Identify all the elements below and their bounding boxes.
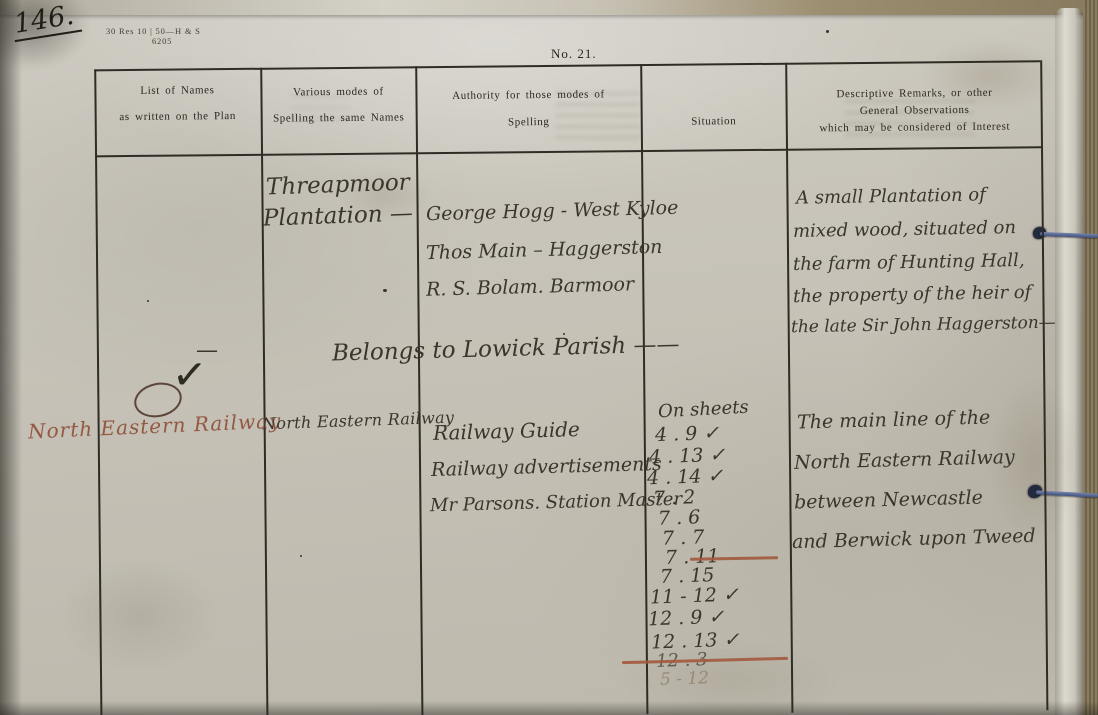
- ink-speck: [300, 555, 302, 557]
- sheet-ref: 12 . 9 ✓: [648, 606, 725, 631]
- header-bottom-rule: [95, 146, 1041, 157]
- header-names-line1: List of Names: [97, 84, 257, 98]
- entry1-remarks-line1: A small Plantation of: [796, 184, 986, 208]
- entry1-spelling-line2: Plantation —: [263, 200, 414, 231]
- column-divider-1: [260, 68, 268, 715]
- entry1-remarks-line2: mixed wood, situated on: [793, 217, 1016, 242]
- header-remarks-line2: General Observations: [790, 103, 1040, 117]
- column-divider-4: [785, 63, 793, 713]
- sheet-ref: 11 - 12 ✓: [650, 583, 740, 608]
- sheet-ref-faint: 5 - 12: [660, 668, 710, 690]
- entry2-authority-line1: Railway Guide: [433, 417, 580, 445]
- header-remarks-line3: which may be considered of Interest: [790, 120, 1040, 134]
- entry1-spelling-line1: Threapmoor: [266, 170, 411, 201]
- header-spelling-modes-line1: Various modes of: [263, 85, 413, 98]
- header-remarks-line1: Descriptive Remarks, or other: [789, 86, 1039, 100]
- header-spelling-modes-line2: Spelling the same Names: [264, 111, 414, 124]
- ink-speck: [826, 30, 829, 33]
- table-top-rule: [94, 60, 1040, 71]
- entry1-remarks-line3: the farm of Hunting Hall,: [793, 250, 1025, 275]
- header-authority-line1: Authority for those modes of: [418, 88, 638, 102]
- ink-speck: [383, 289, 387, 292]
- header-names-line2: as written on the Plan: [98, 110, 258, 124]
- header-authority-line2: Spelling: [419, 115, 639, 129]
- sheet-ref: 4 . 9 ✓: [655, 422, 720, 446]
- column-divider-2: [415, 66, 423, 715]
- column-divider-3: [640, 64, 648, 714]
- table-left-border: [94, 69, 102, 715]
- table-right-border: [1040, 60, 1048, 710]
- ink-speck: [563, 333, 565, 335]
- header-situation: Situation: [644, 115, 784, 128]
- entry1-remarks-line4: the property of the heir of: [793, 282, 1032, 307]
- scanned-register-page: 146. 30 Res 10 | 50—H & S 6205 No. 21. L…: [0, 0, 1098, 715]
- ink-speck: [147, 300, 149, 302]
